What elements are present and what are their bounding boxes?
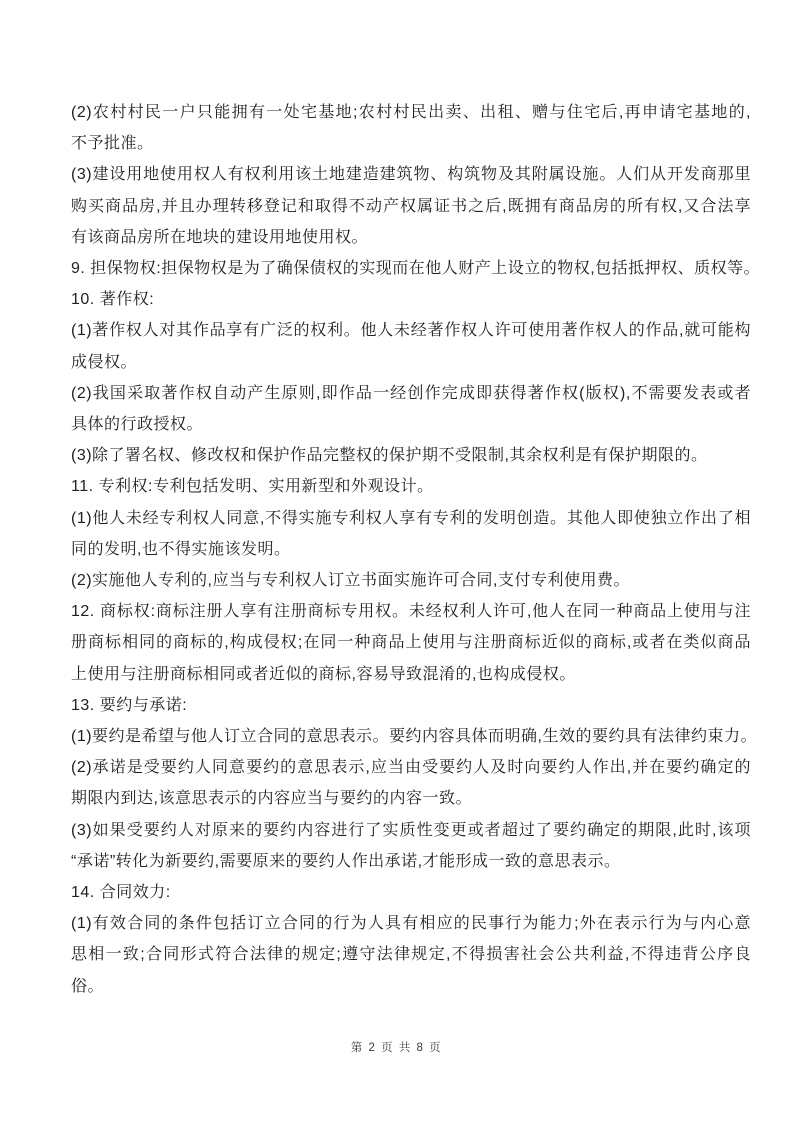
text-line: 同的发明,也不得实施该发明。 xyxy=(71,534,751,565)
text-line: 购买商品房,并且办理转移登记和取得不动产权属证书之后,既拥有商品房的所有权,又合… xyxy=(71,191,751,222)
text-line: 14. 合同效力: xyxy=(71,877,751,908)
text-line: 俗。 xyxy=(71,971,751,1002)
text-line: 期限内到达,该意思表示的内容应当与要约的内容一致。 xyxy=(71,783,751,814)
text-line: 思相一致;合同形式符合法律的规定;遵守法律规定,不得损害社会公共利益,不得违背公… xyxy=(71,939,751,970)
text-line: 成侵权。 xyxy=(71,347,751,378)
text-line: (3)建设用地使用权人有权利用该土地建造建筑物、构筑物及其附属设施。人们从开发商… xyxy=(71,159,751,190)
document-page: (2)农村村民一户只能拥有一处宅基地;农村村民出卖、出租、赠与住宅后,再申请宅基… xyxy=(0,0,793,1122)
document-body: (2)农村村民一户只能拥有一处宅基地;农村村民出卖、出租、赠与住宅后,再申请宅基… xyxy=(71,97,751,1002)
text-line: (3)除了署名权、修改权和保护作品完整权的保护期不受限制,其余权利是有保护期限的… xyxy=(71,440,751,471)
text-line: “承诺”转化为新要约,需要原来的要约人作出承诺,才能形成一致的意思表示。 xyxy=(71,846,751,877)
text-line: (2)承诺是受要约人同意要约的意思表示,应当由受要约人及时向要约人作出,并在要约… xyxy=(71,752,751,783)
text-line: 有该商品房所在地块的建设用地使用权。 xyxy=(71,222,751,253)
text-line: 不予批准。 xyxy=(71,128,751,159)
page-number-label: 第 2 页 共 8 页 xyxy=(351,1042,442,1054)
text-line: 13. 要约与承诺: xyxy=(71,690,751,721)
text-line: 12. 商标权:商标注册人享有注册商标专用权。未经权利人许可,他人在同一种商品上… xyxy=(71,596,751,627)
text-line: 11. 专利权:专利包括发明、实用新型和外观设计。 xyxy=(71,471,751,502)
text-line: 上使用与注册商标相同或者近似的商标,容易导致混淆的,也构成侵权。 xyxy=(71,659,751,690)
text-line: (2)我国采取著作权自动产生原则,即作品一经创作完成即获得著作权(版权),不需要… xyxy=(71,378,751,409)
text-line: 册商标相同的商标的,构成侵权;在同一种商品上使用与注册商标近似的商标,或者在类似… xyxy=(71,627,751,658)
text-line: (1)著作权人对其作品享有广泛的权利。他人未经著作权人许可使用著作权人的作品,就… xyxy=(71,315,751,346)
text-line: (1)他人未经专利权人同意,不得实施专利权人享有专利的发明创造。其他人即使独立作… xyxy=(71,503,751,534)
text-line: (2)实施他人专利的,应当与专利权人订立书面实施许可合同,支付专利使用费。 xyxy=(71,565,751,596)
text-line: (3)如果受要约人对原来的要约内容进行了实质性变更或者超过了要约确定的期限,此时… xyxy=(71,815,751,846)
text-line: (1)要约是希望与他人订立合同的意思表示。要约内容具体而明确,生效的要约具有法律… xyxy=(71,721,751,752)
text-line: (2)农村村民一户只能拥有一处宅基地;农村村民出卖、出租、赠与住宅后,再申请宅基… xyxy=(71,97,751,128)
text-line: 9. 担保物权:担保物权是为了确保债权的实现而在他人财产上设立的物权,包括抵押权… xyxy=(71,253,751,284)
text-line: (1)有效合同的条件包括订立合同的行为人具有相应的民事行为能力;外在表示行为与内… xyxy=(71,908,751,939)
text-line: 具体的行政授权。 xyxy=(71,409,751,440)
text-line: 10. 著作权: xyxy=(71,284,751,315)
page-footer: 第 2 页 共 8 页 xyxy=(0,1040,793,1056)
